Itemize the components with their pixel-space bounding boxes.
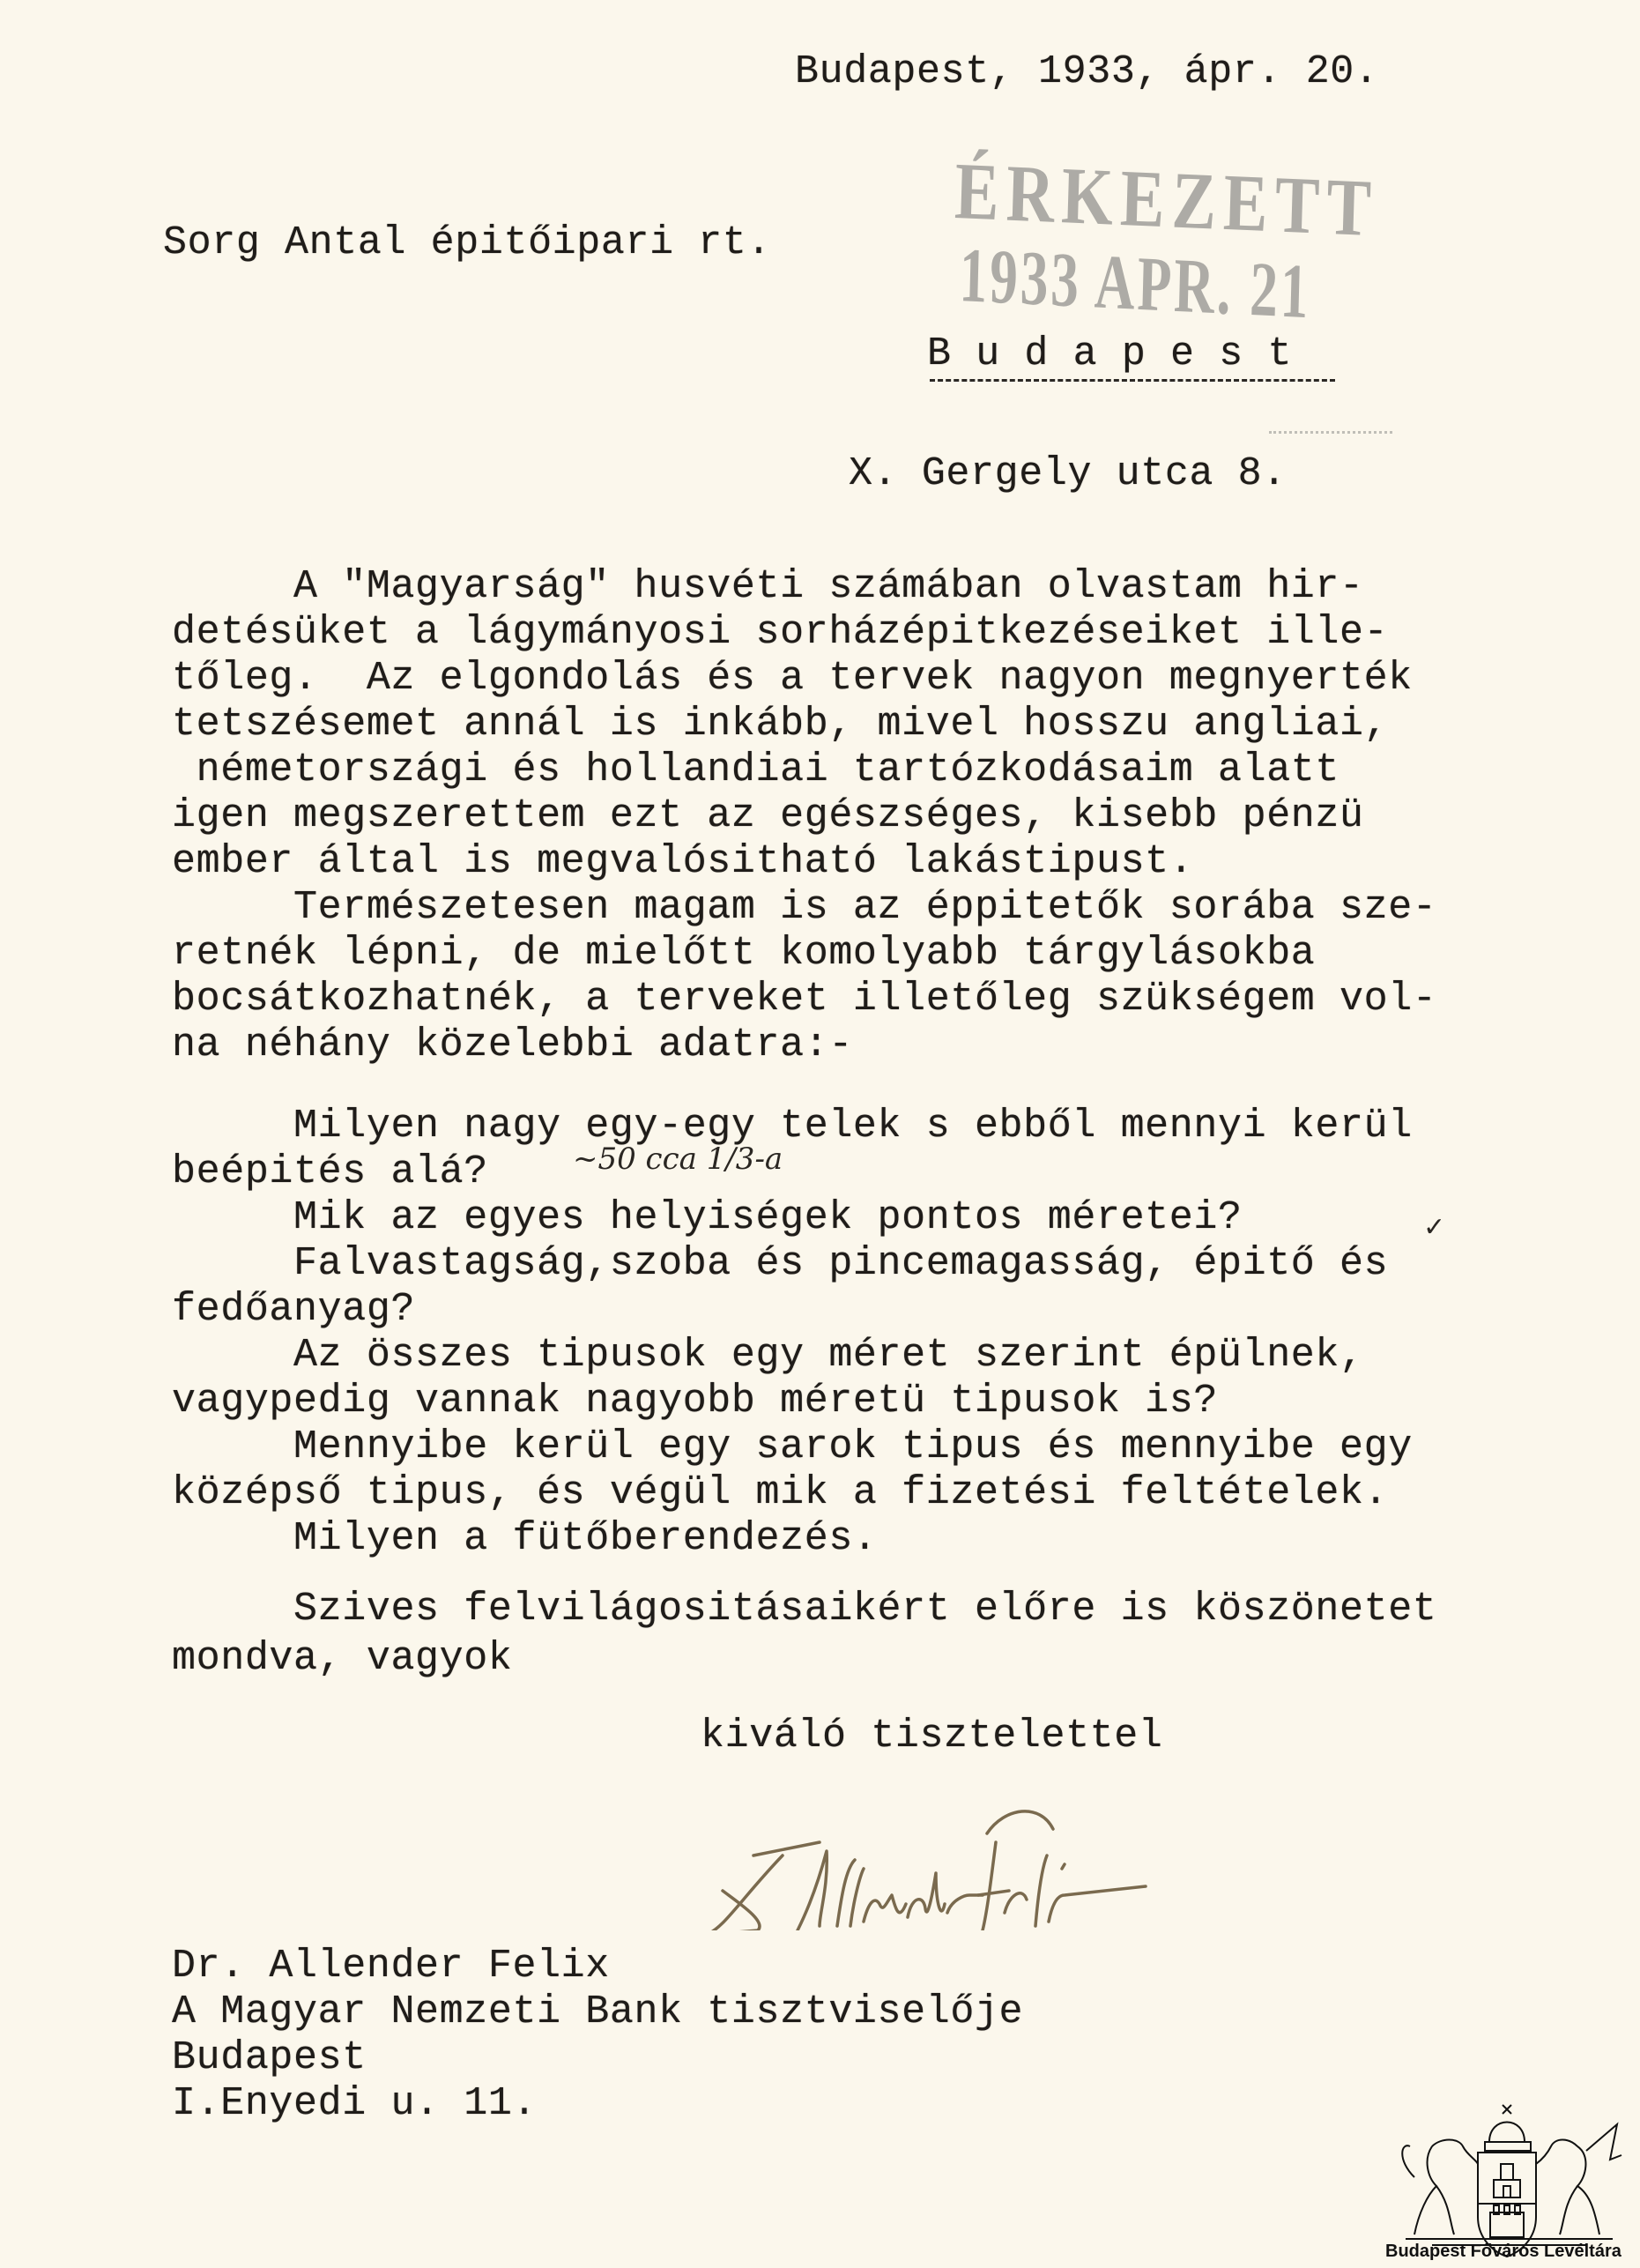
question-line: középső tipus, és végül mik a fizetési f… <box>172 1470 1388 1516</box>
budapest-coat-of-arms-icon <box>1379 2063 1635 2268</box>
salutation: kiváló tisztelettel <box>701 1714 1162 1759</box>
body-line: bocsátkozhatnék, a terveket illetőleg sz… <box>172 977 1436 1022</box>
recipient-street: X. Gergely utca 8. <box>849 451 1287 497</box>
check-mark-icon: ✓ <box>1423 1212 1445 1243</box>
question-line: Mennyibe kerül egy sarok tipus és mennyi… <box>172 1424 1413 1470</box>
sender-city: Budapest <box>172 2035 367 2081</box>
closing-line: mondva, vagyok <box>172 1636 512 1682</box>
question-line: Milyen a fütőberendezés. <box>172 1516 878 1562</box>
question-line: Az összes tipusok egy méret szerint épül… <box>172 1333 1364 1379</box>
question-line: Milyen nagy egy-egy telek s ebből mennyi… <box>172 1104 1413 1149</box>
body-line: retnék lépni, de mielőtt komolyabb tárgy… <box>172 931 1315 977</box>
body-line: Természetesen magam is az éppitetők sorá… <box>172 885 1436 931</box>
body-line: németországi és hollandiai tartózkodásai… <box>172 747 1339 793</box>
sender-address: I.Enyedi u. 11. <box>172 2081 537 2127</box>
body-line: A "Magyarság" husvéti számában olvastam … <box>172 564 1364 610</box>
question-line: Mik az egyes helyiségek pontos méretei? <box>172 1195 1243 1241</box>
question-line: Falvastagság,szoba és pincemagasság, épi… <box>172 1241 1388 1287</box>
question-line: beépités alá? <box>172 1149 488 1195</box>
letter-page: Budapest, 1933, ápr. 20. ÉRKEZETT 1933 A… <box>0 0 1640 2268</box>
stamp-dots <box>1269 431 1392 434</box>
body-line: tőleg. Az elgondolás és a tervek nagyon … <box>172 656 1413 702</box>
archive-label: Budapest Főváros Levéltára <box>1385 2242 1621 2262</box>
received-stamp-date: 1933 APR. 21 <box>958 231 1311 337</box>
sender-name: Dr. Allender Felix <box>172 1944 610 1989</box>
body-line: tetszésemet annál is inkább, mivel hossz… <box>172 702 1388 747</box>
body-line: ember által is megvalósitható lakástipus… <box>172 839 1193 885</box>
handwritten-note: ~50 cca 1/3-a <box>573 1141 783 1177</box>
signature-icon <box>687 1754 1445 1930</box>
body-line: igen megszerettem ezt az egészséges, kis… <box>172 793 1364 839</box>
question-line: fedőanyag? <box>172 1287 415 1333</box>
city-underline <box>930 379 1335 382</box>
question-line: vagypedig vannak nagyobb méretü tipusok … <box>172 1379 1218 1424</box>
recipient-name: Sorg Antal épitőipari rt. <box>163 220 771 266</box>
sender-title: A Magyar Nemzeti Bank tisztviselője <box>172 1989 1023 2035</box>
body-line: na néhány közelebbi adatra:- <box>172 1022 853 1068</box>
recipient-city: B u d a p e s t <box>927 331 1292 377</box>
date-line: Budapest, 1933, ápr. 20. <box>795 49 1379 95</box>
closing-line: Szives felvilágositásaikért előre is kös… <box>172 1587 1436 1632</box>
body-line: detésüket a lágymányosi sorházépitkezése… <box>172 610 1388 656</box>
